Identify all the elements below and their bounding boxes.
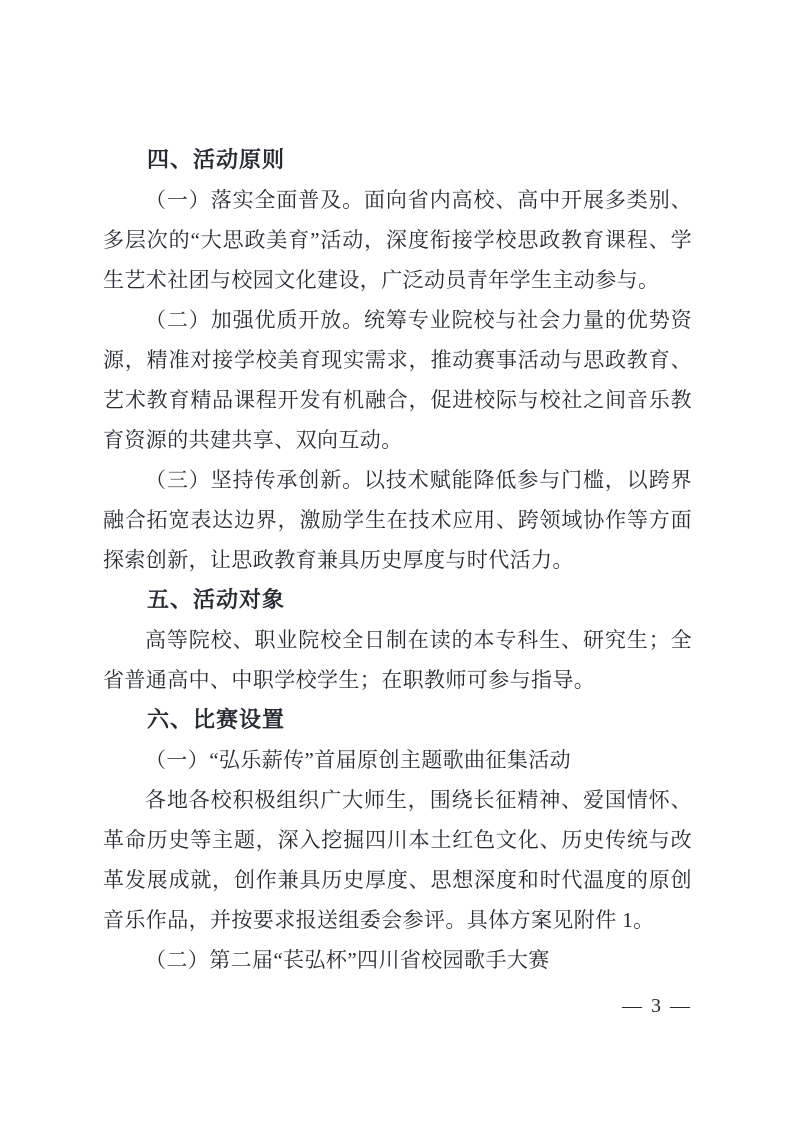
section-heading-competition-setup: 六、比赛设置 (103, 700, 692, 740)
section-heading-activity-targets: 五、活动对象 (103, 580, 692, 620)
document-page: 四、活动原则 （一）落实全面普及。面向省内高校、高中开展多类别、多层次的“大思政… (103, 140, 692, 980)
body-paragraph-principle-1: （一）落实全面普及。面向省内高校、高中开展多类别、多层次的“大思政美育”活动，深… (103, 180, 692, 300)
body-paragraph-principle-2: （二）加强优质开放。统筹专业院校与社会力量的优势资源，精准对接学校美育现实需求，… (103, 300, 692, 460)
body-paragraph-song-collection: 各地各校积极组织广大师生，围绕长征精神、爱国情怀、革命历史等主题，深入挖掘四川本… (103, 780, 692, 940)
page-number: — 3 — (622, 995, 692, 1018)
section-heading-activity-principles: 四、活动原则 (103, 140, 692, 180)
item-subheading-singer-contest: （二）第二届“苌弘杯”四川省校园歌手大赛 (103, 940, 692, 980)
item-subheading-song-collection: （一）“弘乐薪传”首届原创主题歌曲征集活动 (103, 740, 692, 780)
body-paragraph-principle-3: （三）坚持传承创新。以技术赋能降低参与门槛，以跨界融合拓宽表达边界，激励学生在技… (103, 460, 692, 580)
body-paragraph-targets: 高等院校、职业院校全日制在读的本专科生、研究生；全省普通高中、中职学校学生；在职… (103, 620, 692, 700)
